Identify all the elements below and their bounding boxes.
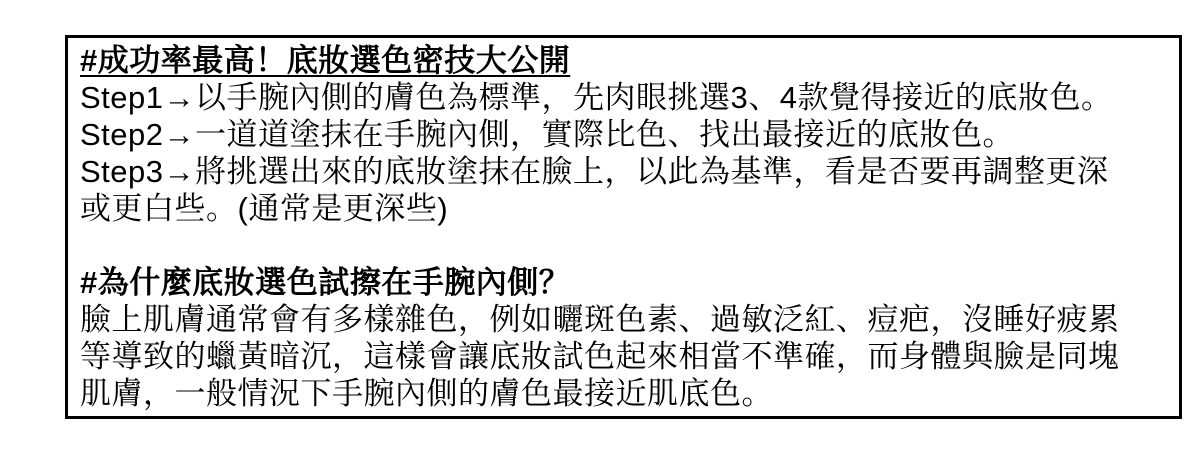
section1-heading: #成功率最高！底妝選色密技大公開 — [80, 42, 1167, 79]
section2-heading: #為什麼底妝選色試擦在手腕內側？ — [80, 264, 1167, 301]
section1-step1-line: Step1→以手腕內側的膚色為標準，先肉眼挑選3、4款覺得接近的底妝色。 — [80, 79, 1167, 116]
content-box: #成功率最高！底妝選色密技大公開 Step1→以手腕內側的膚色為標準，先肉眼挑選… — [65, 35, 1182, 419]
section2-body-line-3: 肌膚，一般情況下手腕內側的膚色最接近肌底色。 — [80, 375, 1167, 412]
section1-step2-line: Step2→一道道塗抹在手腕內側，實際比色、找出最接近的底妝色。 — [80, 116, 1167, 153]
section2-body-line-2: 等導致的蠟黃暗沉，這樣會讓底妝試色起來相當不準確，而身體與臉是同塊 — [80, 338, 1167, 375]
blank-line — [80, 227, 1167, 264]
page: #成功率最高！底妝選色密技大公開 Step1→以手腕內側的膚色為標準，先肉眼挑選… — [0, 0, 1199, 467]
section2-body-line-1: 臉上肌膚通常會有多樣雜色，例如曬斑色素、過敏泛紅、痘疤，沒睡好疲累 — [80, 301, 1167, 338]
section1-step3-line: Step3→將挑選出來的底妝塗抹在臉上，以此為基準，看是否要再調整更深 — [80, 153, 1167, 190]
section1-step3-continued-line: 或更白些。(通常是更深些) — [80, 190, 1167, 227]
